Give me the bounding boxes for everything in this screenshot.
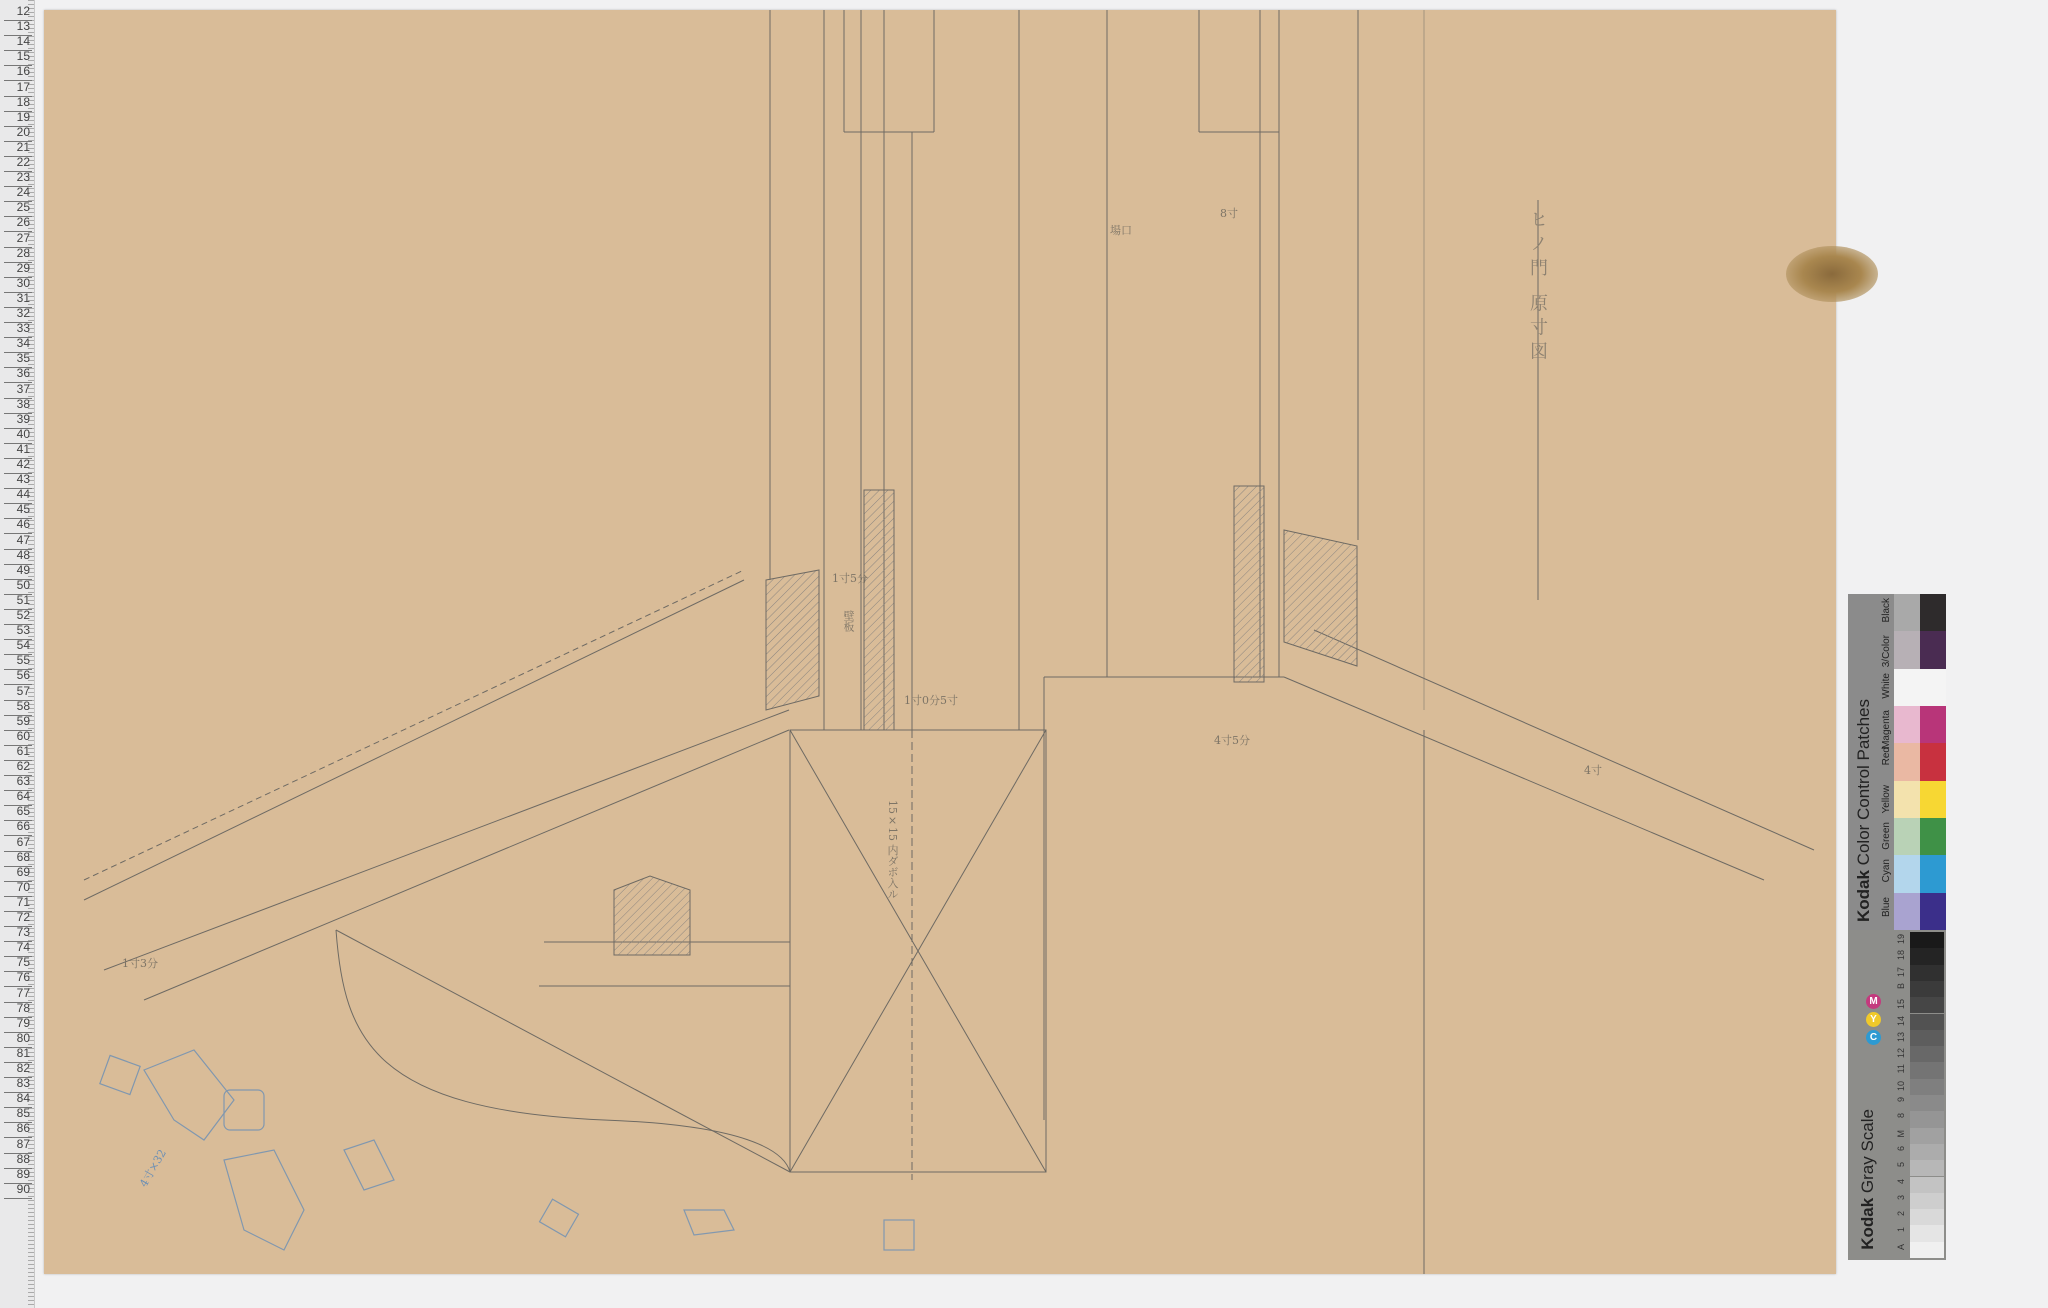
color-patch-black-light — [1894, 594, 1920, 631]
color-patch-cyan-dark — [1920, 855, 1946, 892]
gray-step — [1910, 948, 1944, 964]
color-patch-black-dark — [1920, 594, 1946, 631]
gray-step — [1910, 1225, 1944, 1241]
gray-step — [1910, 965, 1944, 981]
cyan-marker-icon: C — [1866, 1030, 1881, 1045]
gray-step — [1910, 1128, 1944, 1144]
patch-label: Cyan — [1881, 859, 1892, 882]
gray-step — [1910, 1079, 1944, 1095]
gray-step — [1910, 1111, 1944, 1127]
measurement-ruler: 1213141516171819202122232425262728293031… — [0, 0, 35, 1308]
color-patch-white-dark — [1920, 669, 1946, 706]
gray-step-label: 5 — [1896, 1162, 1906, 1167]
gray-step — [1910, 1095, 1944, 1111]
color-card-title: Kodak Color Control Patches — [1854, 699, 1874, 922]
color-patch-3-color-dark — [1920, 631, 1946, 668]
kodak-gray-scale: Kodak Gray Scale C Y M A123456M891011121… — [1848, 930, 1946, 1260]
gray-step — [1910, 981, 1944, 997]
gray-step — [1910, 932, 1944, 948]
color-patch-cyan-light — [1894, 855, 1920, 892]
color-patch-red-light — [1894, 743, 1920, 780]
gray-step-label: 11 — [1896, 1064, 1906, 1073]
gray-step-label: 19 — [1896, 934, 1906, 944]
paper-stain — [1786, 246, 1878, 302]
patch-label: Yellow — [1881, 785, 1892, 814]
gray-step-label: 9 — [1896, 1097, 1906, 1102]
gray-step-label: M — [1896, 1130, 1906, 1138]
annotation: 1寸3分 — [122, 955, 158, 971]
gray-step-label: 14 — [1896, 1016, 1906, 1026]
gray-step-label: 13 — [1896, 1032, 1906, 1042]
gray-step — [1910, 1014, 1944, 1030]
annotation: 4寸 — [1584, 762, 1602, 778]
color-patches: Kodak Color Control Patches BlueCyanGree… — [1848, 594, 1946, 930]
gray-step-label: 6 — [1896, 1146, 1906, 1151]
gray-step-label: 12 — [1896, 1048, 1906, 1058]
color-patch-white-light — [1894, 669, 1920, 706]
annotation: 15×15 内ダボ入ル — [884, 800, 900, 900]
annotation: 8寸 — [1220, 205, 1238, 221]
color-patch-red-dark — [1920, 743, 1946, 780]
brand-label: Kodak — [1854, 870, 1873, 922]
patch-label: Green — [1881, 822, 1892, 850]
color-patch-green-dark — [1920, 818, 1946, 855]
technical-drawing — [44, 10, 1836, 1274]
color-patch-magenta-light — [1894, 706, 1920, 743]
gray-step-label: 10 — [1896, 1081, 1906, 1091]
gray-step — [1910, 1046, 1944, 1062]
gray-step — [1910, 1062, 1944, 1078]
gray-step-label: 4 — [1896, 1179, 1906, 1184]
gray-step — [1910, 1193, 1944, 1209]
gray-step — [1910, 1030, 1944, 1046]
gray-step-label: B — [1896, 983, 1906, 989]
gray-step-label: 3 — [1896, 1195, 1906, 1200]
gray-step — [1910, 1160, 1944, 1176]
annotation: 4寸5分 — [1214, 732, 1250, 748]
annotation: 1寸5分 — [832, 570, 868, 586]
color-patch-3-color-light — [1894, 631, 1920, 668]
patch-label: White — [1881, 673, 1892, 699]
annotation: 1寸0分5寸 — [904, 692, 958, 708]
patch-label: Black — [1881, 598, 1892, 622]
drawing-title: ヒノ門 原寸図 — [1524, 210, 1550, 366]
kodak-color-card: Kodak Color Control Patches BlueCyanGree… — [1848, 594, 1946, 1262]
gray-step-label: A — [1896, 1244, 1906, 1250]
gray-step-label: 18 — [1896, 950, 1906, 960]
color-patch-blue-light — [1894, 893, 1920, 930]
gray-step — [1910, 1144, 1944, 1160]
patch-label: Red — [1881, 747, 1892, 765]
gray-step — [1910, 1242, 1944, 1258]
gray-step-label: 17 — [1896, 967, 1906, 977]
gray-step — [1910, 997, 1944, 1013]
patch-label: Magenta — [1881, 710, 1892, 749]
gray-step-label: 2 — [1896, 1211, 1906, 1216]
patch-label: Blue — [1881, 897, 1892, 917]
title-label: Gray Scale — [1858, 1109, 1877, 1193]
annotation: 場口 — [1110, 222, 1132, 238]
color-patch-magenta-dark — [1920, 706, 1946, 743]
color-patch-green-light — [1894, 818, 1920, 855]
title-label: Color Control Patches — [1854, 699, 1873, 865]
gray-step — [1910, 1177, 1944, 1193]
color-patch-blue-dark — [1920, 893, 1946, 930]
gray-card-title: Kodak Gray Scale — [1858, 1109, 1878, 1250]
gray-step-label: 15 — [1896, 999, 1906, 1009]
gray-step-label: 1 — [1896, 1227, 1906, 1232]
brand-label: Kodak — [1858, 1198, 1877, 1250]
gray-step — [1910, 1209, 1944, 1225]
color-patch-yellow-dark — [1920, 781, 1946, 818]
patch-label: 3/Color — [1881, 635, 1892, 667]
ruler-label: 90 — [4, 1180, 32, 1199]
yellow-marker-icon: Y — [1866, 1012, 1881, 1027]
color-patch-yellow-light — [1894, 781, 1920, 818]
gray-step-label: 8 — [1896, 1113, 1906, 1118]
annotation: 壁板 — [840, 610, 856, 632]
drawing-sheet: ヒノ門 原寸図 場口 8寸 1寸5分 壁板 1寸0分5寸 15×15 内ダボ入ル… — [44, 10, 1836, 1274]
magenta-marker-icon: M — [1866, 994, 1881, 1009]
